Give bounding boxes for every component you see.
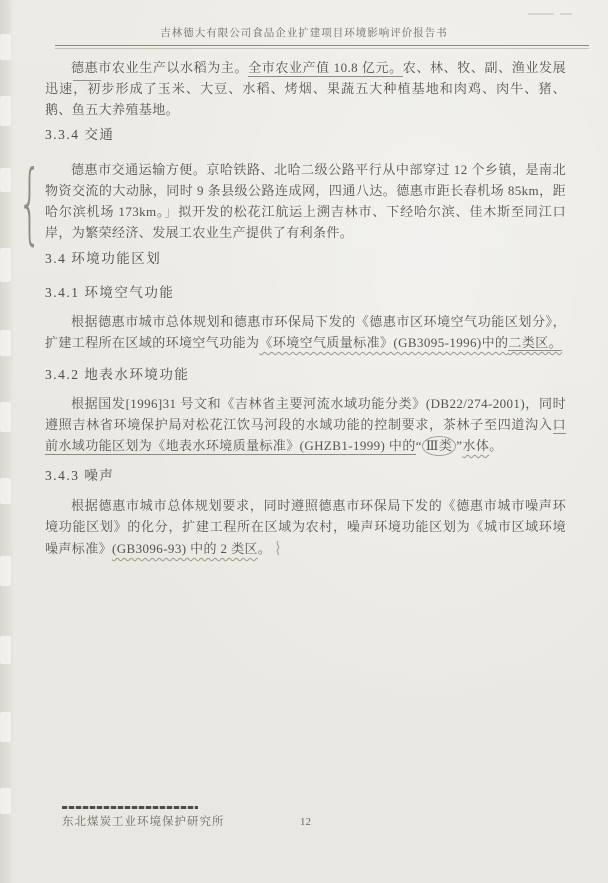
paragraph-air-function: 根据德惠市城市总体规划和德惠市环保局下发的《德惠市区环境空气功能区划分》，扩建工…	[45, 311, 566, 353]
footer-rule	[62, 806, 198, 809]
heading-3-4-3: 3.4.3 噪声	[45, 464, 114, 484]
water-text: 。	[489, 438, 502, 453]
water-text: 根据国发[1996]31 号文和《吉林省主要河流水域功能分类》(DB22/274…	[45, 396, 566, 432]
binding-tear-mark	[0, 556, 11, 586]
pencil-wavy-underline: (GB3096-93) 中的 2 类区	[112, 541, 258, 556]
heading-3-4-1: 3.4.1 环境空气功能	[45, 281, 174, 301]
binding-tear-mark	[0, 330, 11, 356]
pencil-circle-annotation: Ⅲ类	[422, 436, 456, 456]
pencil-close-bracket: 」	[164, 204, 178, 219]
pencil-underline: 全市农业产值 10.8 亿元。	[248, 60, 403, 77]
paragraph-traffic: 德惠市交通运输方便。京哈铁路、北哈二级公路平行从中部穿过 12 个乡镇，是南北物…	[45, 159, 566, 243]
heading-3-4-2: 3.4.2 地表水环境功能	[45, 363, 189, 383]
pencil-wavy-underline: 水体	[462, 438, 489, 453]
heading-3-3-4: 3.3.4 交通	[45, 123, 114, 143]
footer-organization: 东北煤炭工业环境保护研究所	[62, 813, 225, 829]
water-text: “	[416, 438, 422, 453]
binding-tear-mark	[0, 168, 11, 192]
pencil-wavy-underline: 《环境空气质量标准》(GB3095-1996)中的	[259, 335, 508, 350]
binding-edge-shading	[0, 0, 14, 883]
heading-3-4: 3.4 环境功能区划	[45, 247, 161, 267]
binding-tear-mark	[0, 788, 11, 814]
scan-speck	[560, 13, 572, 15]
header-rule	[55, 45, 589, 48]
binding-tear-mark	[0, 248, 11, 282]
binding-tear-mark	[0, 712, 11, 742]
scan-speck	[528, 13, 554, 15]
pencil-overline-mark: ，初	[73, 80, 101, 96]
pencil-wavy-and-straight-underline: 二类区。	[508, 335, 562, 351]
binding-tear-mark	[0, 636, 11, 664]
noise-text: 。	[258, 541, 271, 556]
page-number: 12	[300, 816, 311, 828]
paragraph-agriculture: 德惠市农业生产以水稻为主。全市农业产值 10.8 亿元。农、林、牧、副、渔业发展…	[45, 57, 566, 120]
paragraph-noise: 根据德惠市城市总体规划要求，同时遵照德惠市环保局下发的《德惠市城市噪声环境功能区…	[45, 495, 566, 559]
binding-tear-mark	[0, 402, 11, 432]
binding-tear-mark	[0, 478, 11, 504]
agriculture-text: 德惠市农业生产以水稻为主。	[71, 60, 248, 75]
scanned-report-page: 吉林德大有限公司食品企业扩建项目环境影响评价报告书 德惠市农业生产以水稻为主。全…	[0, 0, 608, 883]
paragraph-water-function: 根据国发[1996]31 号文和《吉林省主要河流水域功能分类》(DB22/274…	[45, 393, 566, 456]
margin-brace-annotation: {	[18, 157, 29, 249]
binding-tear-mark	[0, 96, 11, 126]
report-header-title: 吉林德大有限公司食品企业扩建项目环境影响评价报告书	[0, 25, 608, 40]
pencil-squiggle-mark	[272, 540, 284, 556]
agriculture-text: 步形成了玉米、大豆、水稻、烤烟、果蔬五大种植基地和肉鸡、肉牛、猪、鹅、鱼五大养殖…	[45, 81, 566, 117]
